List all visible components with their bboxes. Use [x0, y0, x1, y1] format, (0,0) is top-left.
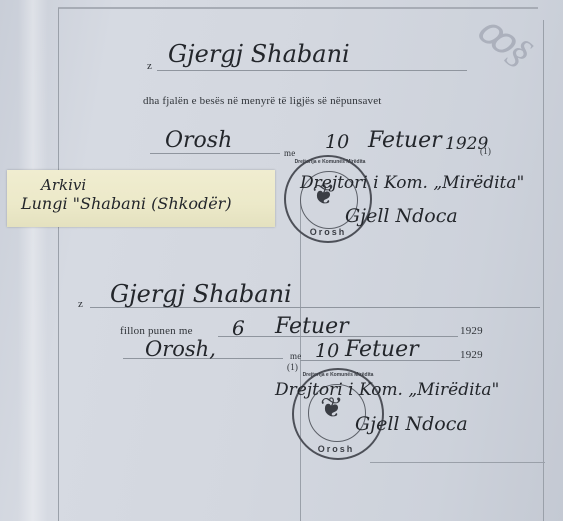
section1-me-label: me	[284, 148, 295, 158]
stamp2-top-text: Drejtorija e Komunës Mirëdita	[302, 372, 374, 378]
stamp1-top-text: Drejtorija e Komunës Mirëdita	[294, 159, 366, 165]
section2-year: 1929	[460, 349, 483, 361]
section2-place: Orosh,	[145, 337, 216, 361]
section2-prefix: z	[78, 298, 83, 310]
section1-place-line	[150, 153, 280, 154]
stamp1-bottom-text: Orosh	[286, 227, 370, 237]
archive-label-line1: Arkivi	[41, 176, 86, 194]
left-margin-line	[58, 8, 59, 521]
section1-signature-title: Drejtori i Kom. „Mirëdita"	[300, 173, 524, 193]
bottom-rule	[370, 462, 545, 463]
section1-prefix: z	[147, 60, 152, 72]
section2-signature-name: Gjell Ndoca	[355, 413, 468, 435]
stamp2-bottom-text: Orosh	[294, 444, 378, 454]
section1-date-month: Fetuer	[368, 128, 442, 153]
official-stamp-1: Drejtorija e Komunës Mirëdita ❦ Orosh	[284, 155, 372, 243]
section1-name-line	[157, 70, 467, 71]
section2-date-day: 10	[315, 340, 339, 362]
section2-start-month: Fetuer	[275, 314, 349, 339]
section2-signature-title: Drejtori i Kom. „Mirëdita"	[275, 380, 499, 400]
section2-start-year: 1929	[460, 325, 483, 337]
document-page: ꝏ§ z Gjergj Shabani dha fjalën e besës n…	[0, 0, 563, 521]
section2-start-day: 6	[232, 316, 245, 340]
section2-footnote: (1)	[287, 362, 298, 372]
section1-date-day: 10	[325, 131, 349, 153]
section2-name: Gjergj Shabani	[110, 280, 292, 308]
section1-footnote: (1)	[480, 146, 491, 156]
section2-date-month: Fetuer	[345, 337, 419, 362]
top-border-line	[58, 7, 538, 9]
archive-label-line2: Lungi "Shabani (Shkodër)	[21, 194, 232, 213]
section2-start-text: fillon punen me	[120, 325, 193, 337]
archive-label: Arkivi Lungi "Shabani (Shkodër)	[7, 170, 275, 227]
section1-place: Orosh	[165, 128, 232, 153]
section1-signature-name: Gjell Ndoca	[345, 205, 458, 227]
oath-text: dha fjalën e besës në menyrë të ligjës s…	[143, 95, 382, 107]
section1-name: Gjergj Shabani	[168, 40, 350, 68]
paper-fold-shadow	[18, 0, 48, 521]
right-margin-line	[543, 20, 544, 521]
